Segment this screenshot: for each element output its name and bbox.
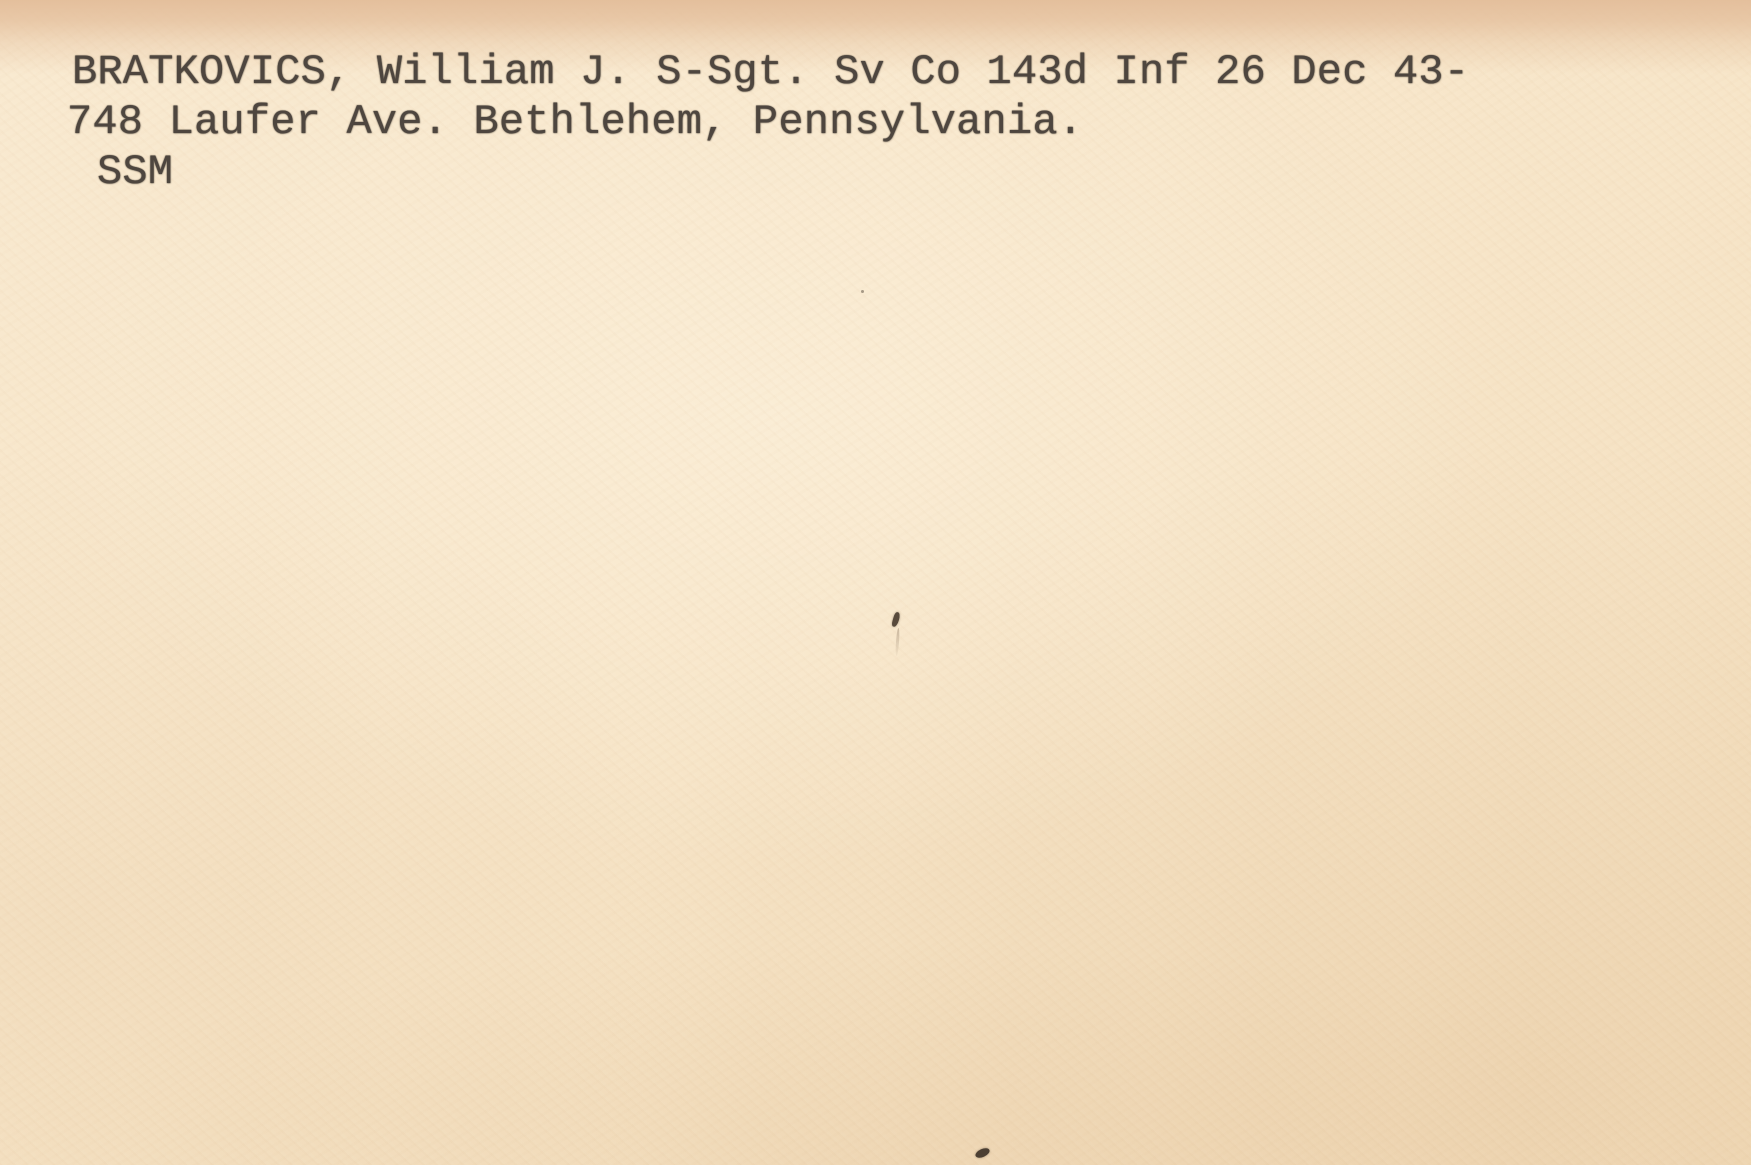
paper-speck <box>861 290 864 293</box>
typed-line-address: 748 Laufer Ave. Bethlehem, Pennsylvania. <box>67 101 1083 143</box>
index-card: BRATKOVICS, William J. S-Sgt. Sv Co 143d… <box>0 0 1751 1165</box>
typed-line-name-rank-unit-date: BRATKOVICS, William J. S-Sgt. Sv Co 143d… <box>72 51 1469 93</box>
ink-speck-tail <box>895 628 900 656</box>
ink-speck <box>974 1146 991 1159</box>
typed-line-award-notation: SSM <box>97 151 173 193</box>
ink-speck <box>891 611 901 627</box>
